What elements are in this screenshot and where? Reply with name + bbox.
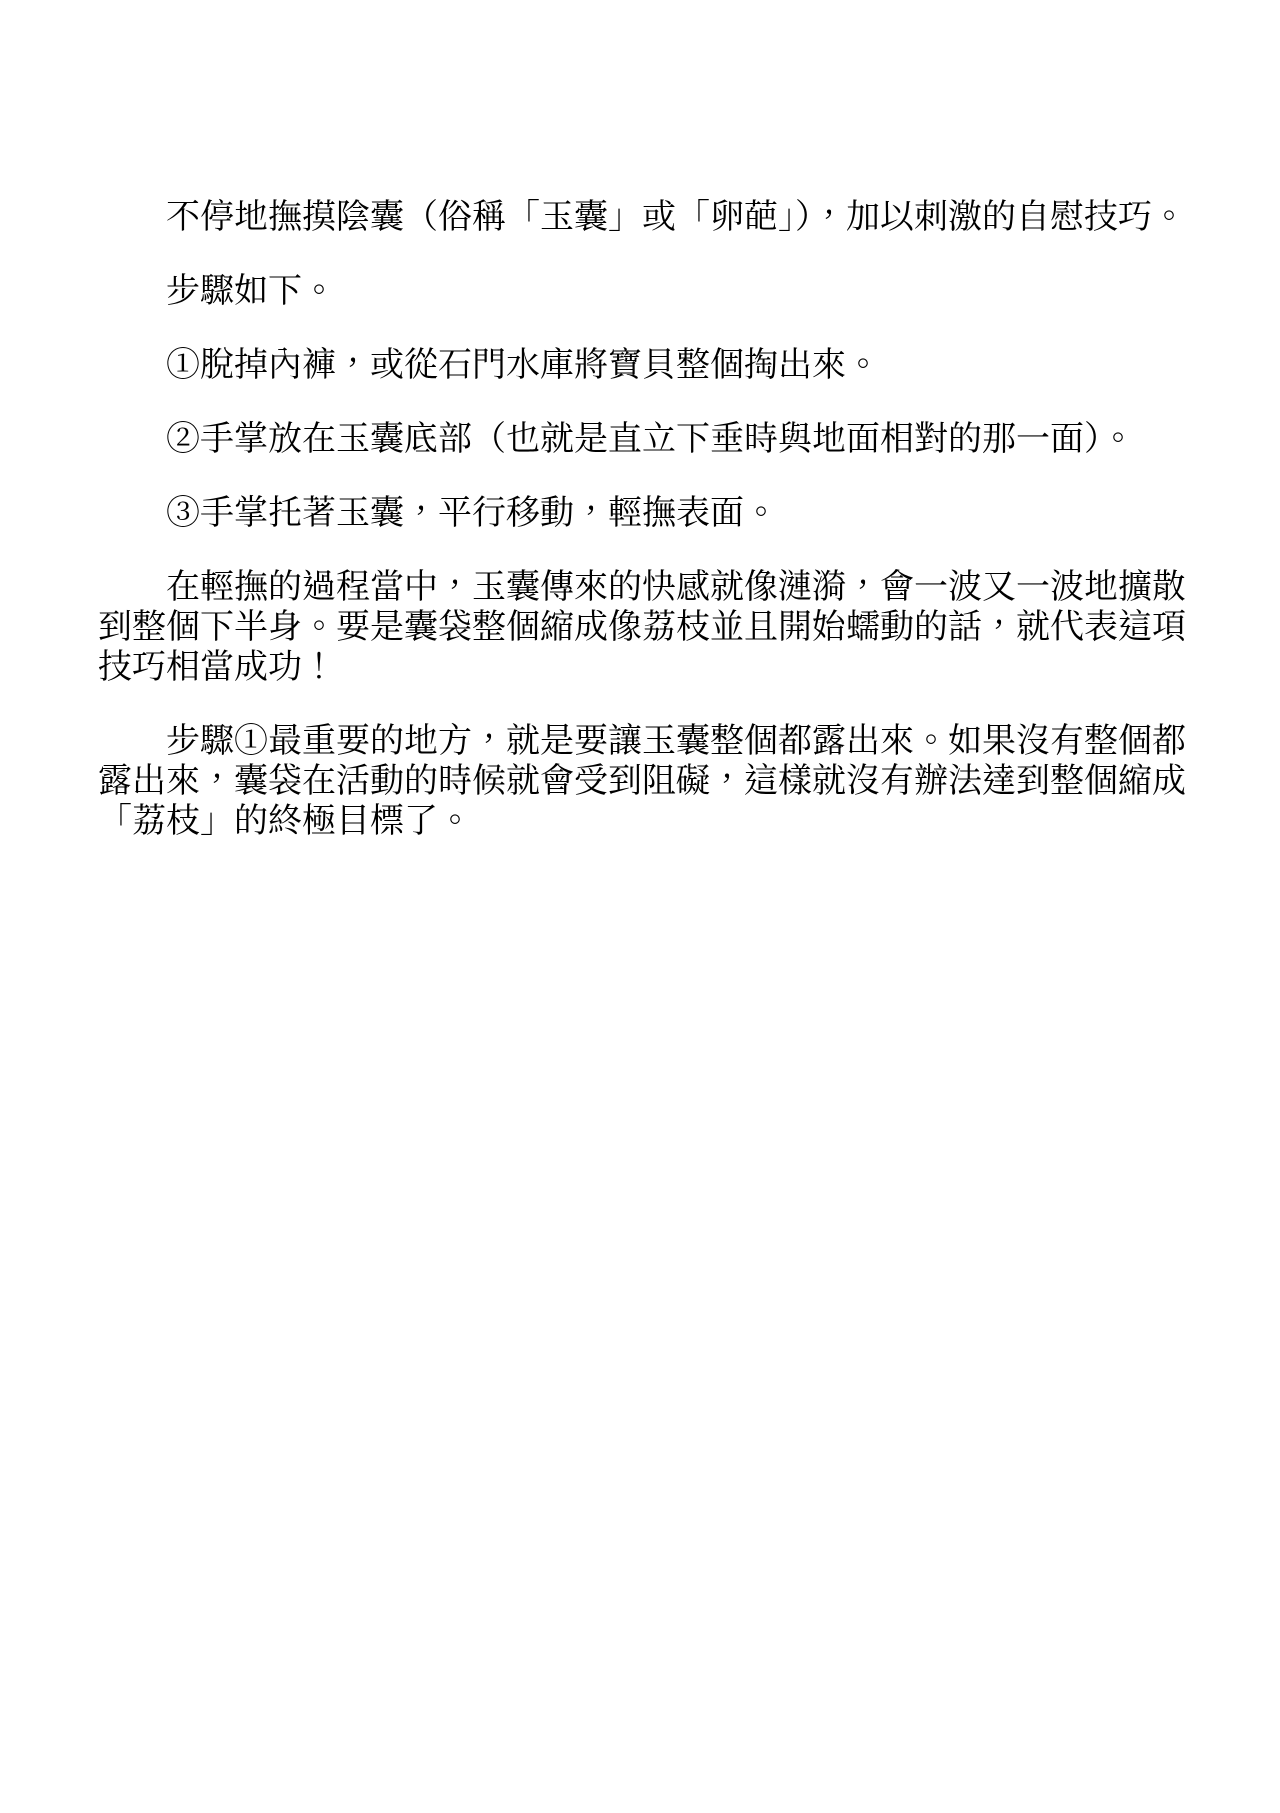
document-page: 不停地撫摸陰囊（俗稱「玉囊」或「卵葩」），加以刺激的自慰技巧。 步驟如下。 ①脫… bbox=[0, 0, 1280, 1813]
intro-paragraph: 不停地撫摸陰囊（俗稱「玉囊」或「卵葩」），加以刺激的自慰技巧。 bbox=[98, 197, 1186, 237]
step-3-item: ③手掌托著玉囊，平行移動，輕撫表面。 bbox=[98, 493, 1186, 533]
steps-heading: 步驟如下。 bbox=[98, 271, 1186, 311]
note-paragraph: 步驟①最重要的地方，就是要讓玉囊整個都露出來。如果沒有整個都露出來，囊袋在活動的… bbox=[98, 721, 1186, 841]
step-1-item: ①脫掉內褲，或從石門水庫將寶貝整個掏出來。 bbox=[98, 345, 1186, 385]
text-block: 不停地撫摸陰囊（俗稱「玉囊」或「卵葩」），加以刺激的自慰技巧。 步驟如下。 ①脫… bbox=[98, 197, 1186, 875]
step-2-item: ②手掌放在玉囊底部（也就是直立下垂時與地面相對的那一面）。 bbox=[98, 419, 1186, 459]
result-paragraph: 在輕撫的過程當中，玉囊傳來的快感就像漣漪，會一波又一波地擴散到整個下半身。要是囊… bbox=[98, 567, 1186, 687]
